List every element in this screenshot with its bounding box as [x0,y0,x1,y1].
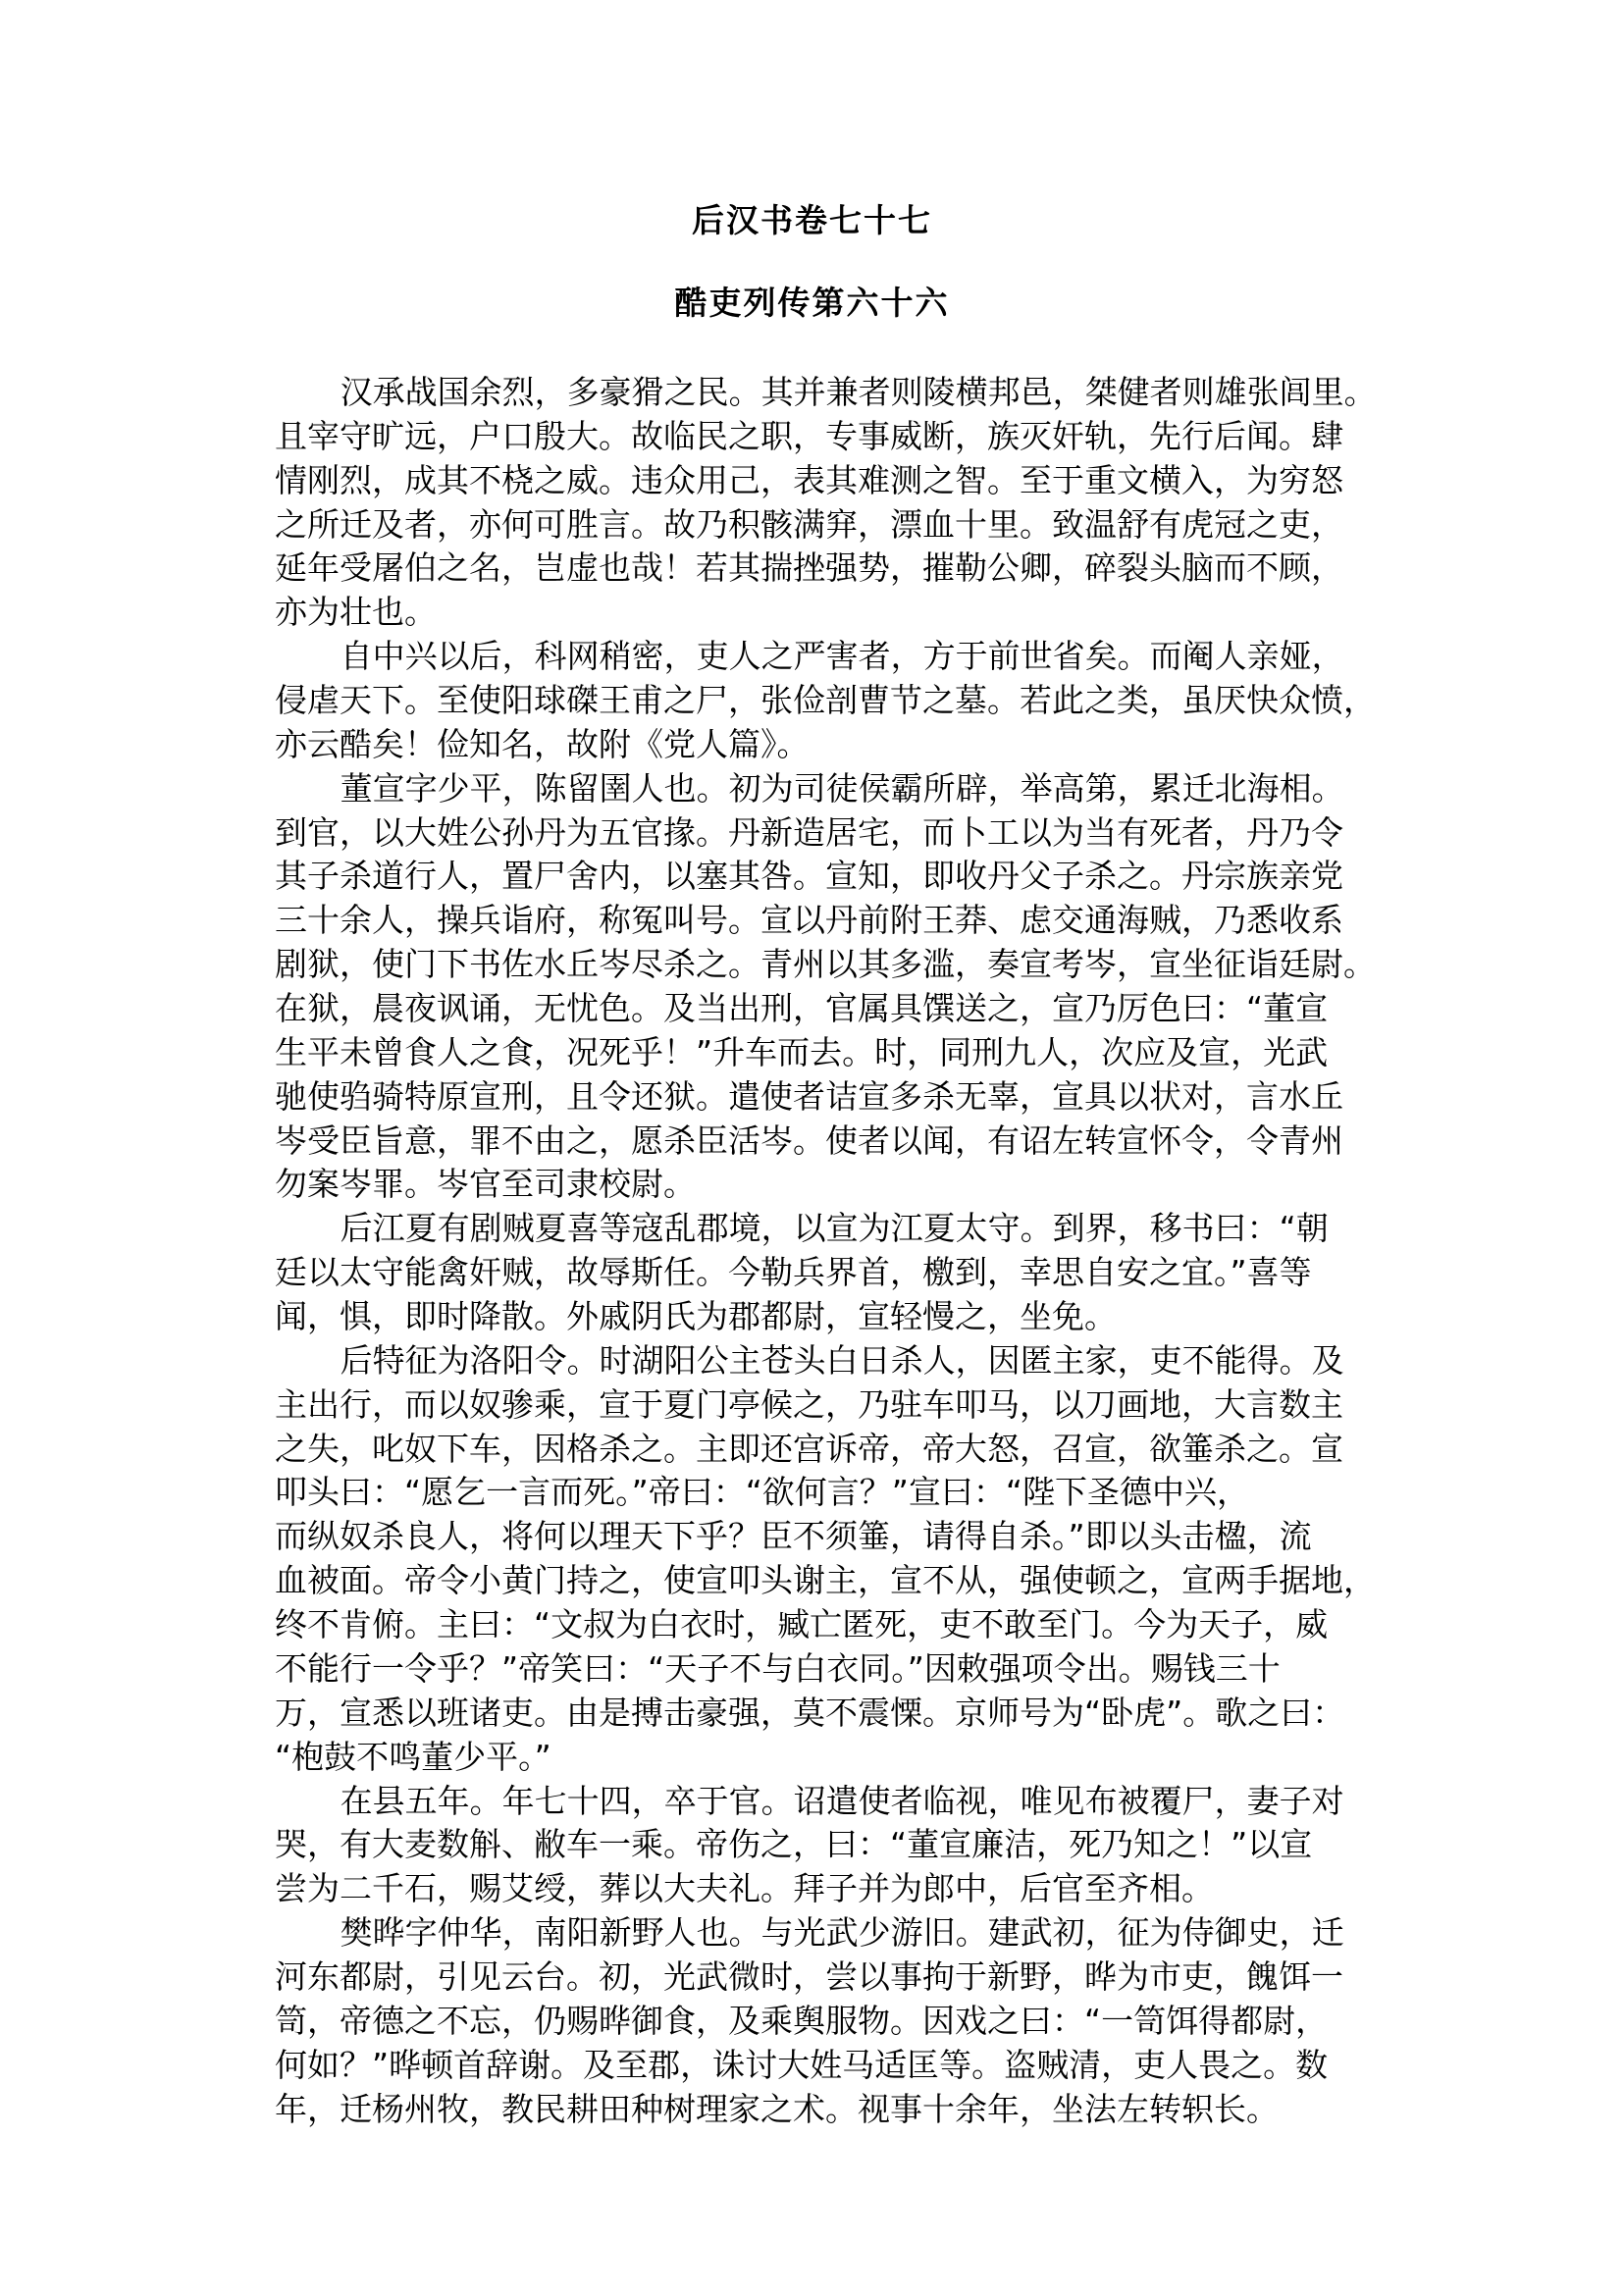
paragraph-dong-xuan-1: 董宣字少平，陈留圉人也。初为司徒侯霸所辟，举高第，累迁北海相。 到官，以大姓公孙… [275,767,1354,1208]
text-line: 叩头曰：“愿乞一言而死。”帝曰：“欲何言？”宣曰：“陛下圣德中兴， [275,1471,1354,1515]
text-line: 情刚烈，成其不桡之威。违众用己，表其难测之智。至于重文横入，为穷怒 [275,459,1354,503]
text-line: 万，宣悉以班诸吏。由是搏击豪强，莫不震慄。京师号为“卧虎”。歌之曰： [275,1692,1354,1736]
text-line: 在狱，晨夜讽诵，无忧色。及当出刑，官属具馔送之，宣乃厉色曰：“董宣 [275,987,1354,1031]
text-line: 后特征为洛阳令。时湖阳公主苍头白日杀人，因匿主家，吏不能得。及 [275,1339,1354,1383]
text-line: 樊晔字仲华，南阳新野人也。与光武少游旧。建武初，征为侍御史，迁 [275,1911,1354,1955]
text-line: 侵虐天下。至使阳球磔王甫之尸，张俭剖曹节之墓。若此之类，虽厌快众愤， [275,679,1354,723]
text-line: 岑受臣旨意，罪不由之，愿杀臣活岑。使者以闻，有诏左转宣怀令，令青州 [275,1120,1354,1164]
paragraph-intro-1: 汉承战国余烈，多豪猾之民。其并兼者则陵横邦邑，桀健者则雄张闾里。 且宰守旷远，户… [275,371,1354,635]
text-line: 三十余人，操兵诣府，称冤叫号。宣以丹前附王莽、虑交通海贼，乃悉收系 [275,899,1354,943]
text-line: 尝为二千石，赐艾绶，葬以大夫礼。拜子并为郎中，后官至齐相。 [275,1867,1354,1911]
text-line: 亦云酷矣！俭知名，故附《党人篇》。 [275,723,1354,767]
text-line: “枹鼓不鸣董少平。” [275,1736,1354,1780]
text-line: 汉承战国余烈，多豪猾之民。其并兼者则陵横邦邑，桀健者则雄张闾里。 [275,371,1354,415]
text-line: 自中兴以后，科网稍密，吏人之严害者，方于前世省矣。而阉人亲娅， [275,635,1354,679]
text-line: 到官，以大姓公孙丹为五官掾。丹新造居宅，而卜工以为当有死者，丹乃令 [275,811,1354,856]
text-line: 剧狱，使门下书佐水丘岑尽杀之。青州以其多滥，奏宣考岑，宣坐征诣廷尉。 [275,943,1354,987]
text-line: 主出行，而以奴骖乘，宣于夏门亭候之，乃驻车叩马，以刀画地，大言数主 [275,1383,1354,1428]
text-line: 其子杀道行人，置尸舍内，以塞其咎。宣知，即收丹父子杀之。丹宗族亲党 [275,855,1354,899]
paragraph-dong-xuan-2: 后江夏有剧贼夏喜等寇乱郡境，以宣为江夏太守。到界，移书曰：“朝 廷以太守能禽奸贼… [275,1207,1354,1339]
text-line: 生平未曾食人之食，况死乎！”升车而去。时，同刑九人，次应及宣，光武 [275,1031,1354,1075]
text-line: 勿案岑罪。岑官至司隶校尉。 [275,1163,1354,1207]
text-line: 终不肯俯。主曰：“文叔为白衣时，臧亡匿死，吏不敢至门。今为天子，威 [275,1603,1354,1647]
body-text: 汉承战国余烈，多豪猾之民。其并兼者则陵横邦邑，桀健者则雄张闾里。 且宰守旷远，户… [275,371,1354,2131]
text-line: 之失，叱奴下车，因格杀之。主即还宫诉帝，帝大怒，召宣，欲箠杀之。宣 [275,1428,1354,1472]
text-line: 笥，帝德之不忘，仍赐晔御食，及乘舆服物。因戏之曰：“一笥饵得都尉， [275,2000,1354,2044]
book-title: 后汉书卷七十七 [0,201,1624,240]
text-line: 亦为壮也。 [275,591,1354,635]
text-line: 哭，有大麦数斛、敝车一乘。帝伤之，曰：“董宣廉洁，死乃知之！”以宣 [275,1823,1354,1867]
paragraph-dong-xuan-3: 后特征为洛阳令。时湖阳公主苍头白日杀人，因匿主家，吏不能得。及 主出行，而以奴骖… [275,1339,1354,1780]
text-line: 董宣字少平，陈留圉人也。初为司徒侯霸所辟，举高第，累迁北海相。 [275,767,1354,811]
text-line: 延年受屠伯之名，岂虚也哉！若其揣挫强势，摧勒公卿，碎裂头脑而不顾， [275,547,1354,591]
paragraph-fan-ye: 樊晔字仲华，南阳新野人也。与光武少游旧。建武初，征为侍御史，迁 河东都尉，引见云… [275,1911,1354,2131]
text-line: 闻，惧，即时降散。外戚阴氏为郡都尉，宣轻慢之，坐免。 [275,1295,1354,1339]
text-line: 在县五年。年七十四，卒于官。诏遣使者临视，唯见布被覆尸，妻子对 [275,1780,1354,1824]
text-line: 何如？”晔顿首辞谢。及至郡，诛讨大姓马适匡等。盗贼清，吏人畏之。数 [275,2044,1354,2088]
text-line: 而纵奴杀良人，将何以理天下乎？臣不须箠，请得自杀。”即以头击楹，流 [275,1515,1354,1559]
text-line: 且宰守旷远，户口殷大。故临民之职，专事威断，族灭奸轨，先行后闻。肆 [275,415,1354,459]
text-line: 河东都尉，引见云台。初，光武微时，尝以事拘于新野，晔为市吏，餽饵一 [275,1955,1354,2000]
text-line: 后江夏有剧贼夏喜等寇乱郡境，以宣为江夏太守。到界，移书曰：“朝 [275,1207,1354,1251]
text-line: 廷以太守能禽奸贼，故辱斯任。今勒兵界首，檄到，幸思自安之宜。”喜等 [275,1251,1354,1295]
text-line: 不能行一令乎？”帝笑曰：“天子不与白衣同。”因敕强项令出。赐钱三十 [275,1647,1354,1692]
text-line: 血被面。帝令小黄门持之，使宣叩头谢主，宣不从，强使顿之，宣两手据地， [275,1559,1354,1603]
text-line: 之所迁及者，亦何可胜言。故乃积骸满穽，漂血十里。致温舒有虎冠之吏， [275,503,1354,547]
paragraph-dong-xuan-4: 在县五年。年七十四，卒于官。诏遣使者临视，唯见布被覆尸，妻子对 哭，有大麦数斛、… [275,1780,1354,1912]
chapter-title: 酷吏列传第六十六 [0,284,1624,323]
text-line: 年，迁杨州牧，教民耕田种树理家之术。视事十余年，坐法左转轵长。 [275,2088,1354,2132]
text-line: 驰使驺骑特原宣刑，且令还狱。遣使者诘宣多杀无辜，宣具以状对，言水丘 [275,1075,1354,1120]
paragraph-intro-2: 自中兴以后，科网稍密，吏人之严害者，方于前世省矣。而阉人亲娅， 侵虐天下。至使阳… [275,635,1354,767]
